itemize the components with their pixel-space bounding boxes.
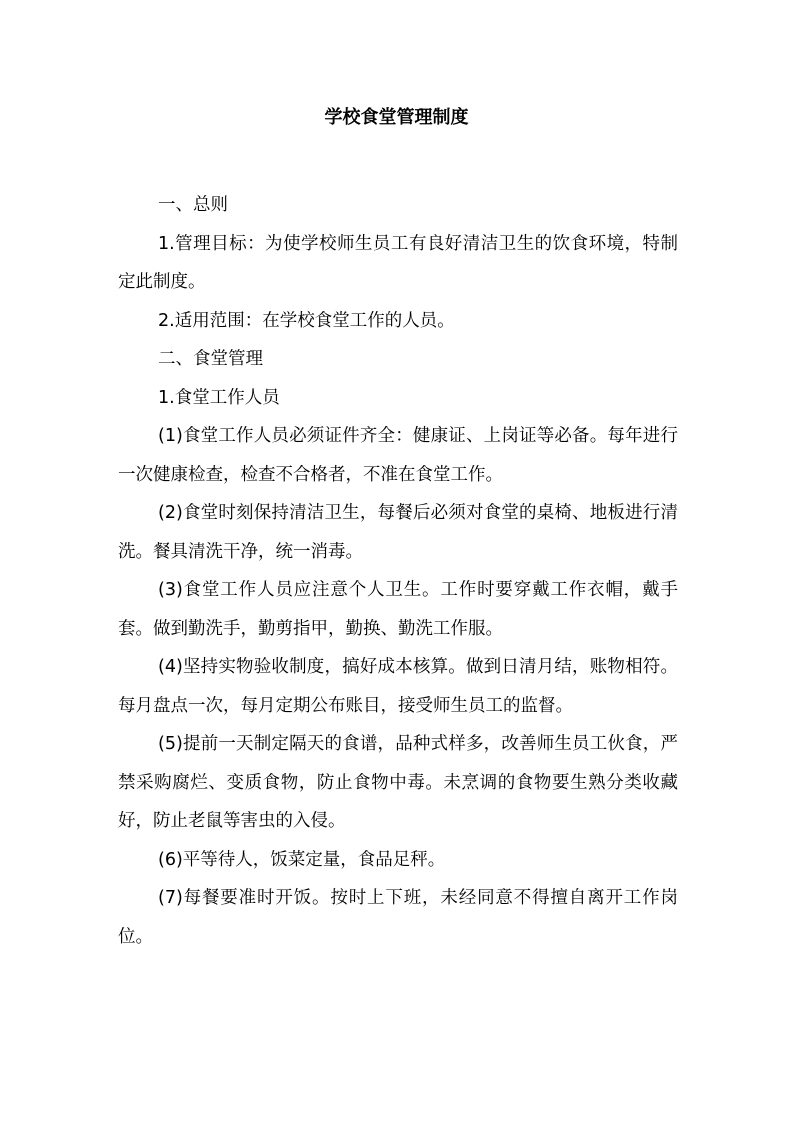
- list-item-1: (1)食堂工作人员必须证件齐全：健康证、上岗证等必备。每年进行一次健康检查，检查…: [118, 417, 678, 494]
- section-heading-general: 一、总则: [118, 186, 678, 225]
- list-item-2: (2)食堂时刻保持清洁卫生，每餐后必须对食堂的桌椅、地板进行清洗。餐具清洗干净，…: [118, 494, 678, 571]
- section-heading-canteen-management: 二、食堂管理: [118, 340, 678, 379]
- document-page: 学校食堂管理制度 一、总则 1.管理目标：为使学校师生员工有良好清洁卫生的饮食环…: [0, 0, 793, 1122]
- paragraph-management-goal: 1.管理目标：为使学校师生员工有良好清洁卫生的饮食环境，特制定此制度。: [118, 225, 678, 302]
- document-body: 一、总则 1.管理目标：为使学校师生员工有良好清洁卫生的饮食环境，特制定此制度。…: [118, 186, 678, 956]
- list-item-3: (3)食堂工作人员应注意个人卫生。工作时要穿戴工作衣帽，戴手套。做到勤洗手，勤剪…: [118, 571, 678, 648]
- list-item-6: (6)平等待人，饭菜定量，食品足秤。: [118, 841, 678, 880]
- subsection-heading-canteen-staff: 1.食堂工作人员: [118, 379, 678, 418]
- list-item-5: (5)提前一天制定隔天的食谱，品种式样多，改善师生员工伙食，严禁采购腐烂、变质食…: [118, 725, 678, 841]
- paragraph-scope: 2.适用范围：在学校食堂工作的人员。: [118, 302, 678, 341]
- list-item-4: (4)坚持实物验收制度，搞好成本核算。做到日清月结，账物相符。每月盘点一次，每月…: [118, 648, 678, 725]
- document-title: 学校食堂管理制度: [0, 104, 793, 132]
- list-item-7: (7)每餐要准时开饭。按时上下班，未经同意不得擅自离开工作岗位。: [118, 879, 678, 956]
